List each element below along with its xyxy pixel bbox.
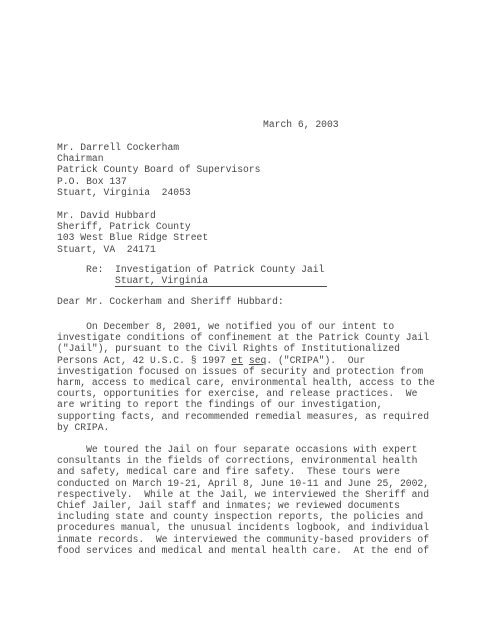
salutation-line: Dear Mr. Cockerham and Sheriff Hubbard: (57, 296, 284, 307)
recipient-block-secondary: Mr. David Hubbard Sheriff, Patrick Count… (57, 210, 208, 255)
recipient-po-box: P.O. Box 137 (57, 176, 260, 187)
body-paragraph-1: On December 8, 2001, we notified you of … (57, 321, 435, 433)
letter-page: March 6, 2003 Mr. Darrell Cockerham Chai… (0, 0, 494, 639)
body-line: On December 8, 2001, we notified you of … (57, 321, 435, 332)
body-line: inmate records. We interviewed the commu… (57, 534, 429, 545)
body-line: are writing to report the findings of ou… (57, 399, 435, 410)
recipient-city-state-zip: Stuart, Virginia 24053 (57, 187, 260, 198)
subject-block: Re: Investigation of Patrick County Jail… (86, 264, 327, 286)
recipient-organization: Patrick County Board of Supervisors (57, 164, 260, 175)
citation-prefix: Persons Act, 42 U.S.C. § 1997 (57, 355, 231, 366)
date-line: March 6, 2003 (263, 119, 339, 130)
body-line-citation: Persons Act, 42 U.S.C. § 1997 et seq. ("… (57, 355, 435, 366)
body-line: including state and county inspection re… (57, 511, 429, 522)
body-line: conducted on March 19-21, April 8, June … (57, 478, 429, 489)
body-line: investigation focused on issues of secur… (57, 366, 435, 377)
letter-date: March 6, 2003 (263, 119, 339, 130)
body-line: by CRIPA. (57, 422, 435, 433)
recipient-name: Mr. David Hubbard (57, 210, 208, 221)
body-line: ("Jail"), pursuant to the Civil Rights o… (57, 343, 435, 354)
body-line: consultants in the fields of corrections… (57, 455, 429, 466)
body-line: procedures manual, the unusual incidents… (57, 522, 429, 533)
subject-line-1: Re: Investigation of Patrick County Jail (86, 264, 327, 275)
body-line: We toured the Jail on four separate occa… (57, 444, 429, 455)
recipient-city-state-zip: Stuart, VA 24171 (57, 244, 208, 255)
salutation: Dear Mr. Cockerham and Sheriff Hubbard: (57, 296, 284, 307)
body-line: courts, opportunities for exercise, and … (57, 388, 435, 399)
body-line: food services and medical and mental hea… (57, 545, 429, 556)
recipient-block-primary: Mr. Darrell Cockerham Chairman Patrick C… (57, 142, 260, 198)
recipient-title: Sheriff, Patrick County (57, 221, 208, 232)
citation-seq-underlined: seq (249, 355, 266, 366)
body-line: investigate conditions of confinement at… (57, 332, 435, 343)
body-line: supporting facts, and recommended remedi… (57, 411, 435, 422)
body-line: harm, access to medical care, environmen… (57, 377, 435, 388)
citation-et-underlined: et (231, 355, 243, 366)
body-line: respectively. While at the Jail, we inte… (57, 489, 429, 500)
recipient-name: Mr. Darrell Cockerham (57, 142, 260, 153)
subject-line-2-wrap: Stuart, Virginia (86, 275, 327, 286)
body-paragraph-2: We toured the Jail on four separate occa… (57, 444, 429, 556)
citation-suffix: . ("CRIPA"). Our (266, 355, 365, 366)
recipient-title: Chairman (57, 153, 260, 164)
body-line: Chief Jailer, Jail staff and inmates; we… (57, 500, 429, 511)
recipient-street: 103 West Blue Ridge Street (57, 232, 208, 243)
body-line: and safety, medical care and fire safety… (57, 466, 429, 477)
subject-line-2-underlined: Stuart, Virginia (115, 275, 327, 287)
